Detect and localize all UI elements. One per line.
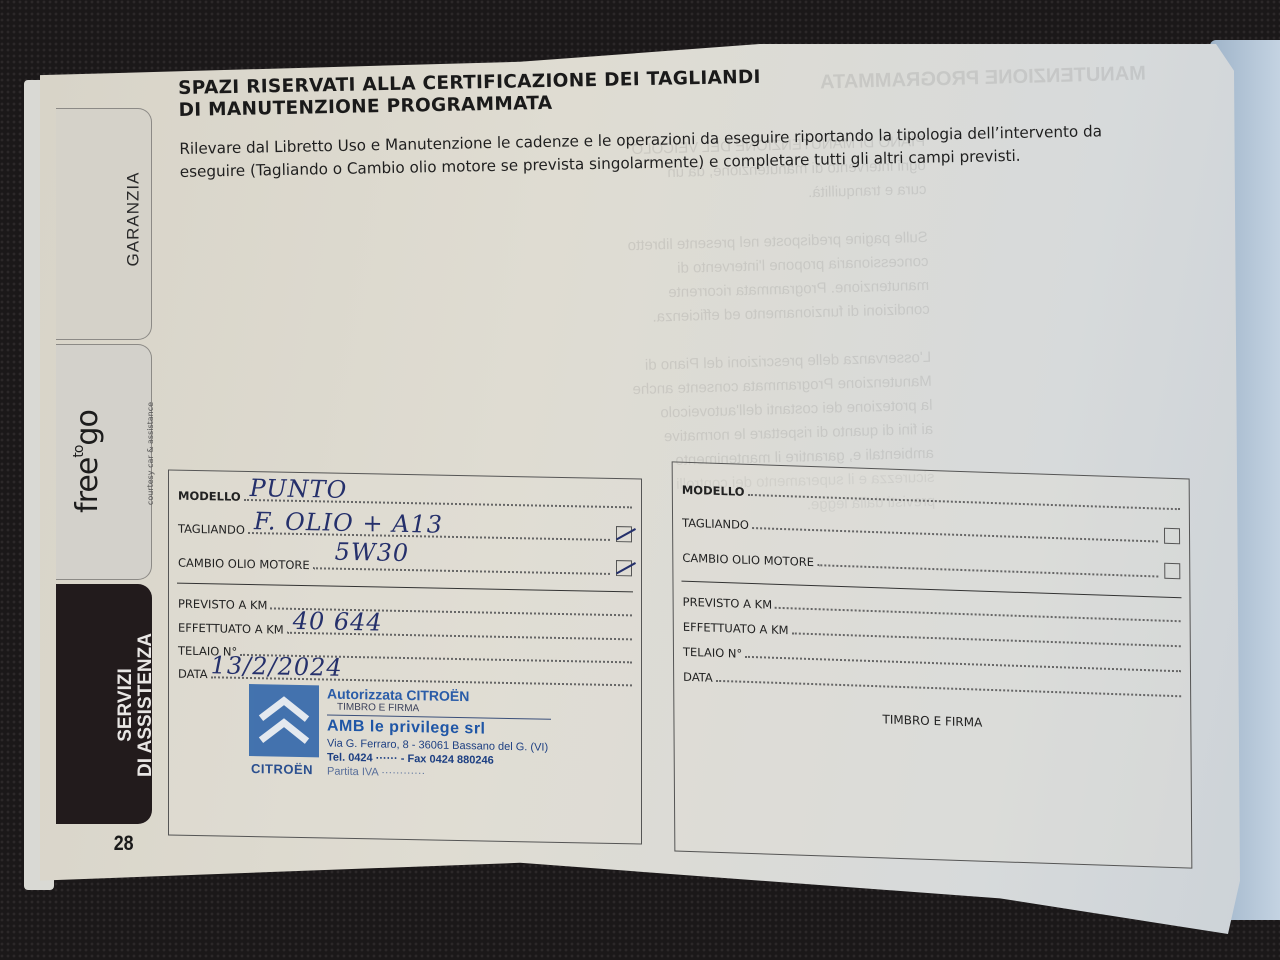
dealer-stamp: CITROËN Autorizzata CITROËN TIMBRO E FIR… bbox=[249, 684, 569, 790]
data-input[interactable]: 13/2/2024 bbox=[211, 664, 632, 686]
citroen-chevron-icon bbox=[249, 684, 319, 757]
tagliando-input[interactable]: F. OLIO + A13 bbox=[248, 520, 610, 541]
page-header: SPAZI RISERVATI ALLA CERTIFICAZIONE DEI … bbox=[178, 59, 1190, 184]
stamp-dealer-name: AMB le privilege srl bbox=[327, 718, 486, 739]
stamp-signature-label: TIMBRO E FIRMA bbox=[674, 705, 1190, 736]
effettuato-km-input[interactable]: 40 644 bbox=[287, 620, 632, 641]
tab-garanzia-label: GARANZIA bbox=[123, 172, 143, 267]
stamp-phone: Tel. 0424 ······ - Fax 0424 880246 bbox=[327, 752, 494, 767]
modello-value: PUNTO bbox=[250, 474, 348, 504]
field-tagliando: TAGLIANDO bbox=[682, 510, 1180, 547]
service-record-form-1: MODELLO PUNTO TAGLIANDO F. OLIO + A13 CA… bbox=[168, 469, 642, 844]
freetogo-subtitle: courtesy car & assistance bbox=[146, 402, 155, 505]
modello-input[interactable]: PUNTO bbox=[244, 487, 632, 508]
tab-freetogo[interactable]: freetogo courtesy car & assistance bbox=[56, 344, 152, 580]
tab-servizi-label: SERVIZI DI ASSISTENZA bbox=[116, 633, 156, 777]
freetogo-logo: freetogo bbox=[70, 410, 105, 513]
tagliando-value: F. OLIO + A13 bbox=[254, 507, 443, 539]
tab-garanzia[interactable]: GARANZIA bbox=[56, 108, 152, 340]
field-cambio-olio: CAMBIO OLIO MOTORE bbox=[682, 545, 1180, 582]
tagliando-checkbox[interactable] bbox=[1164, 528, 1180, 545]
effettuato-km-value: 40 644 bbox=[293, 607, 383, 637]
field-modello: MODELLO PUNTO bbox=[178, 483, 632, 512]
effettuato-km-input[interactable] bbox=[791, 620, 1180, 647]
field-cambio-olio: CAMBIO OLIO MOTORE 5W30 bbox=[178, 550, 632, 579]
stamp-vat: Partita IVA ············ bbox=[327, 766, 425, 780]
data-value: 13/2/2024 bbox=[211, 651, 343, 682]
cambio-olio-checkbox[interactable] bbox=[1164, 563, 1180, 580]
cambio-olio-checkbox[interactable] bbox=[616, 560, 632, 576]
tagliando-input[interactable] bbox=[752, 515, 1158, 542]
stamp-signature-label: TIMBRO E FIRMA bbox=[327, 702, 551, 720]
stamp-brand: CITROËN bbox=[251, 761, 313, 777]
service-record-form-2: MODELLO TAGLIANDO CAMBIO OLIO MOTORE PRE… bbox=[672, 461, 1193, 868]
form-divider bbox=[177, 583, 633, 593]
modello-input[interactable] bbox=[747, 482, 1179, 510]
page-number: 28 bbox=[114, 832, 134, 856]
tab-servizi-di-assistenza[interactable]: SERVIZI DI ASSISTENZA bbox=[56, 584, 152, 824]
cambio-olio-input[interactable]: 5W30 bbox=[313, 555, 610, 575]
cambio-olio-value: 5W30 bbox=[335, 538, 409, 567]
field-modello: MODELLO bbox=[682, 477, 1180, 514]
cambio-olio-input[interactable] bbox=[817, 552, 1158, 577]
tagliando-checkbox[interactable] bbox=[616, 526, 632, 542]
